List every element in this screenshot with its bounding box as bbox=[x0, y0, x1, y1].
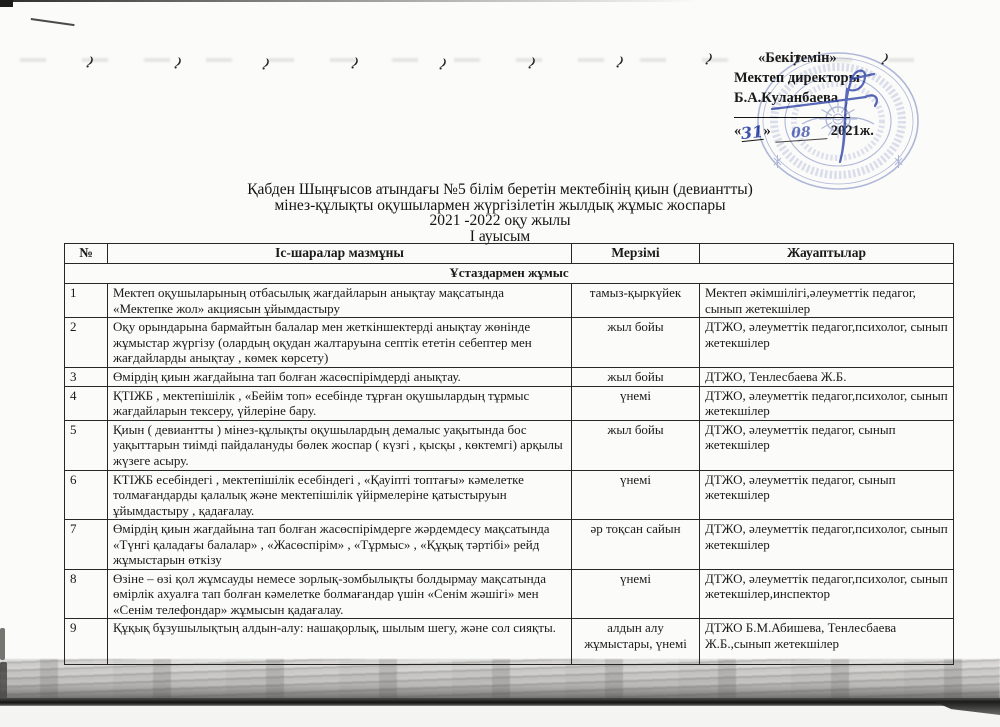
binding-hole-mark bbox=[173, 56, 181, 68]
table-row: 6 КТІЖБ есебіндегі , мектепішілік есебін… bbox=[65, 470, 954, 520]
row-number: 7 bbox=[65, 520, 108, 570]
document-title: Қабден Шыңғысов атындағы №5 білім береті… bbox=[10, 182, 990, 244]
header-content: Іс-шаралар мазмұны bbox=[108, 244, 572, 264]
quote-close: » bbox=[764, 121, 771, 141]
table-row: 1 Мектеп оқушыларының отбасылық жағдайла… bbox=[65, 284, 954, 318]
row-responsible: ДТЖО, әлеуметтік педагог, сынып жетекшіл… bbox=[700, 470, 954, 520]
row-responsible: ДТЖО, әлеуметтік педагог,психолог, сынып… bbox=[700, 386, 954, 420]
row-term: жыл бойы bbox=[572, 318, 700, 368]
row-term: тамыз-қыркүйек bbox=[572, 284, 700, 318]
binding-hole-mark bbox=[85, 55, 93, 67]
row-activity: Өзіне – өзі қол жұмсауды немесе зорлық-з… bbox=[108, 569, 572, 619]
row-number: 1 bbox=[65, 284, 108, 318]
row-term: әр тоқсан сайын bbox=[572, 520, 700, 570]
row-number: 5 bbox=[65, 420, 108, 470]
row-responsible: ДТЖО, Тенлесбаева Ж.Б. bbox=[700, 367, 954, 386]
row-responsible: ДТЖО Б.М.Абишева, Тенлесбаева Ж.Б.,сынып… bbox=[700, 619, 954, 665]
scanner-background bbox=[0, 706, 1000, 727]
pen-mark-artifact bbox=[31, 18, 75, 26]
scan-left-smudge bbox=[0, 628, 5, 660]
row-activity: ҚТІЖБ , мектепішілік , «Бейім топ» есебі… bbox=[108, 386, 572, 420]
table-row: 7 Өмірдің қиын жағдайына тап болған жасө… bbox=[65, 520, 954, 570]
section-header: Ұстаздармен жұмыс bbox=[65, 264, 954, 284]
binding-hole-mark bbox=[438, 57, 446, 69]
title-line-2: мінез-құлықты оқушылармен жүргізілетін ж… bbox=[10, 198, 990, 214]
row-number: 3 bbox=[65, 367, 108, 386]
director-title: Мектеп директоры bbox=[734, 68, 969, 88]
section-header-row: Ұстаздармен жұмыс bbox=[65, 264, 954, 284]
row-responsible: ДТЖО, әлеуметтік педагог, сынып жетекшіл… bbox=[700, 420, 954, 470]
scanned-document-page: «Бекітемін» Мектеп директоры Б.А.Куланба… bbox=[0, 0, 1000, 727]
handwritten-month: 08 bbox=[774, 125, 827, 143]
title-line-3: 2021 -2022 оқу жылы bbox=[10, 213, 990, 229]
row-term: үнемі bbox=[572, 569, 700, 619]
row-activity: Қиын ( девиантты ) мінез-құлықты оқушыла… bbox=[108, 420, 572, 470]
row-activity: Өмірдің қиын жағдайына тап болған жасөсп… bbox=[108, 367, 572, 386]
row-responsible: Мектеп әкімшілігі,әлеуметтік педагог, сы… bbox=[700, 284, 954, 318]
row-term: үнемі bbox=[572, 470, 700, 520]
header-responsible: Жауаптылар bbox=[700, 244, 954, 264]
date-year: 2021ж. bbox=[831, 121, 874, 141]
row-number: 8 bbox=[65, 569, 108, 619]
row-activity: Өмірдің қиын жағдайына тап болған жасөсп… bbox=[108, 520, 572, 570]
binding-hole-mark bbox=[527, 56, 535, 68]
header-num: № bbox=[65, 244, 108, 264]
row-term: үнемі bbox=[572, 386, 700, 420]
title-line-1: Қабден Шыңғысов атындағы №5 білім береті… bbox=[10, 182, 990, 198]
plan-table-body: 1 Мектеп оқушыларының отбасылық жағдайла… bbox=[65, 284, 954, 665]
table-row: 3 Өмірдің қиын жағдайына тап болған жасө… bbox=[65, 367, 954, 386]
row-activity: Мектеп оқушыларының отбасылық жағдайлары… bbox=[108, 284, 572, 318]
handwritten-day: 31 bbox=[741, 125, 765, 142]
page-edge-line bbox=[0, 698, 1000, 706]
table-row: 2 Оқу орындарына бармайтын балалар мен ж… bbox=[65, 318, 954, 368]
binding-hole-mark bbox=[704, 52, 712, 64]
approval-label: «Бекітемін» bbox=[734, 48, 969, 68]
row-number: 4 bbox=[65, 386, 108, 420]
scan-corner-artifact bbox=[0, 0, 13, 7]
row-term: жыл бойы bbox=[572, 367, 700, 386]
row-responsible: ДТЖО, әлеуметтік педагог,психолог, сынып… bbox=[700, 569, 954, 619]
approval-date: «31»082021ж. bbox=[734, 121, 969, 141]
row-number: 2 bbox=[65, 318, 108, 368]
title-line-4: І ауысым bbox=[10, 229, 990, 245]
header-term: Мерзімі bbox=[572, 244, 700, 264]
row-activity: Құқық бұзушылықтың алдын-алу: нашақорлық… bbox=[108, 619, 572, 665]
binding-hole-mark bbox=[350, 56, 358, 68]
table-row: 8 Өзіне – өзі қол жұмсауды немесе зорлық… bbox=[65, 569, 954, 619]
binding-hole-mark bbox=[615, 55, 623, 67]
row-activity: КТІЖБ есебіндегі , мектепішілік есебінде… bbox=[108, 470, 572, 520]
row-term: жыл бойы bbox=[572, 420, 700, 470]
table-row: 9 Құқық бұзушылықтың алдын-алу: нашақорл… bbox=[65, 619, 954, 665]
scan-top-edge bbox=[0, 0, 1000, 2]
row-activity: Оқу орындарына бармайтын балалар мен жет… bbox=[108, 318, 572, 368]
table-header-row: № Іс-шаралар мазмұны Мерзімі Жауаптылар bbox=[65, 244, 954, 264]
row-responsible: ДТЖО, әлеуметтік педагог,психолог, сынып… bbox=[700, 318, 954, 368]
binding-hole-mark bbox=[261, 57, 269, 69]
row-number: 9 bbox=[65, 619, 108, 665]
row-number: 6 bbox=[65, 470, 108, 520]
approval-block: «Бекітемін» Мектеп директоры Б.А.Куланба… bbox=[734, 48, 969, 141]
work-plan-table: № Іс-шаралар мазмұны Мерзімі Жауаптылар … bbox=[64, 243, 954, 665]
row-term: алдын алу жұмыстары, үнемі bbox=[572, 619, 700, 665]
row-responsible: ДТЖО, әлеуметтік педагог,психолог, сынып… bbox=[700, 520, 954, 570]
table-row: 4 ҚТІЖБ , мектепішілік , «Бейім топ» есе… bbox=[65, 386, 954, 420]
signature-line bbox=[734, 108, 850, 118]
table-row: 5 Қиын ( девиантты ) мінез-құлықты оқушы… bbox=[65, 420, 954, 470]
director-name: Б.А.Куланбаева bbox=[734, 88, 969, 108]
